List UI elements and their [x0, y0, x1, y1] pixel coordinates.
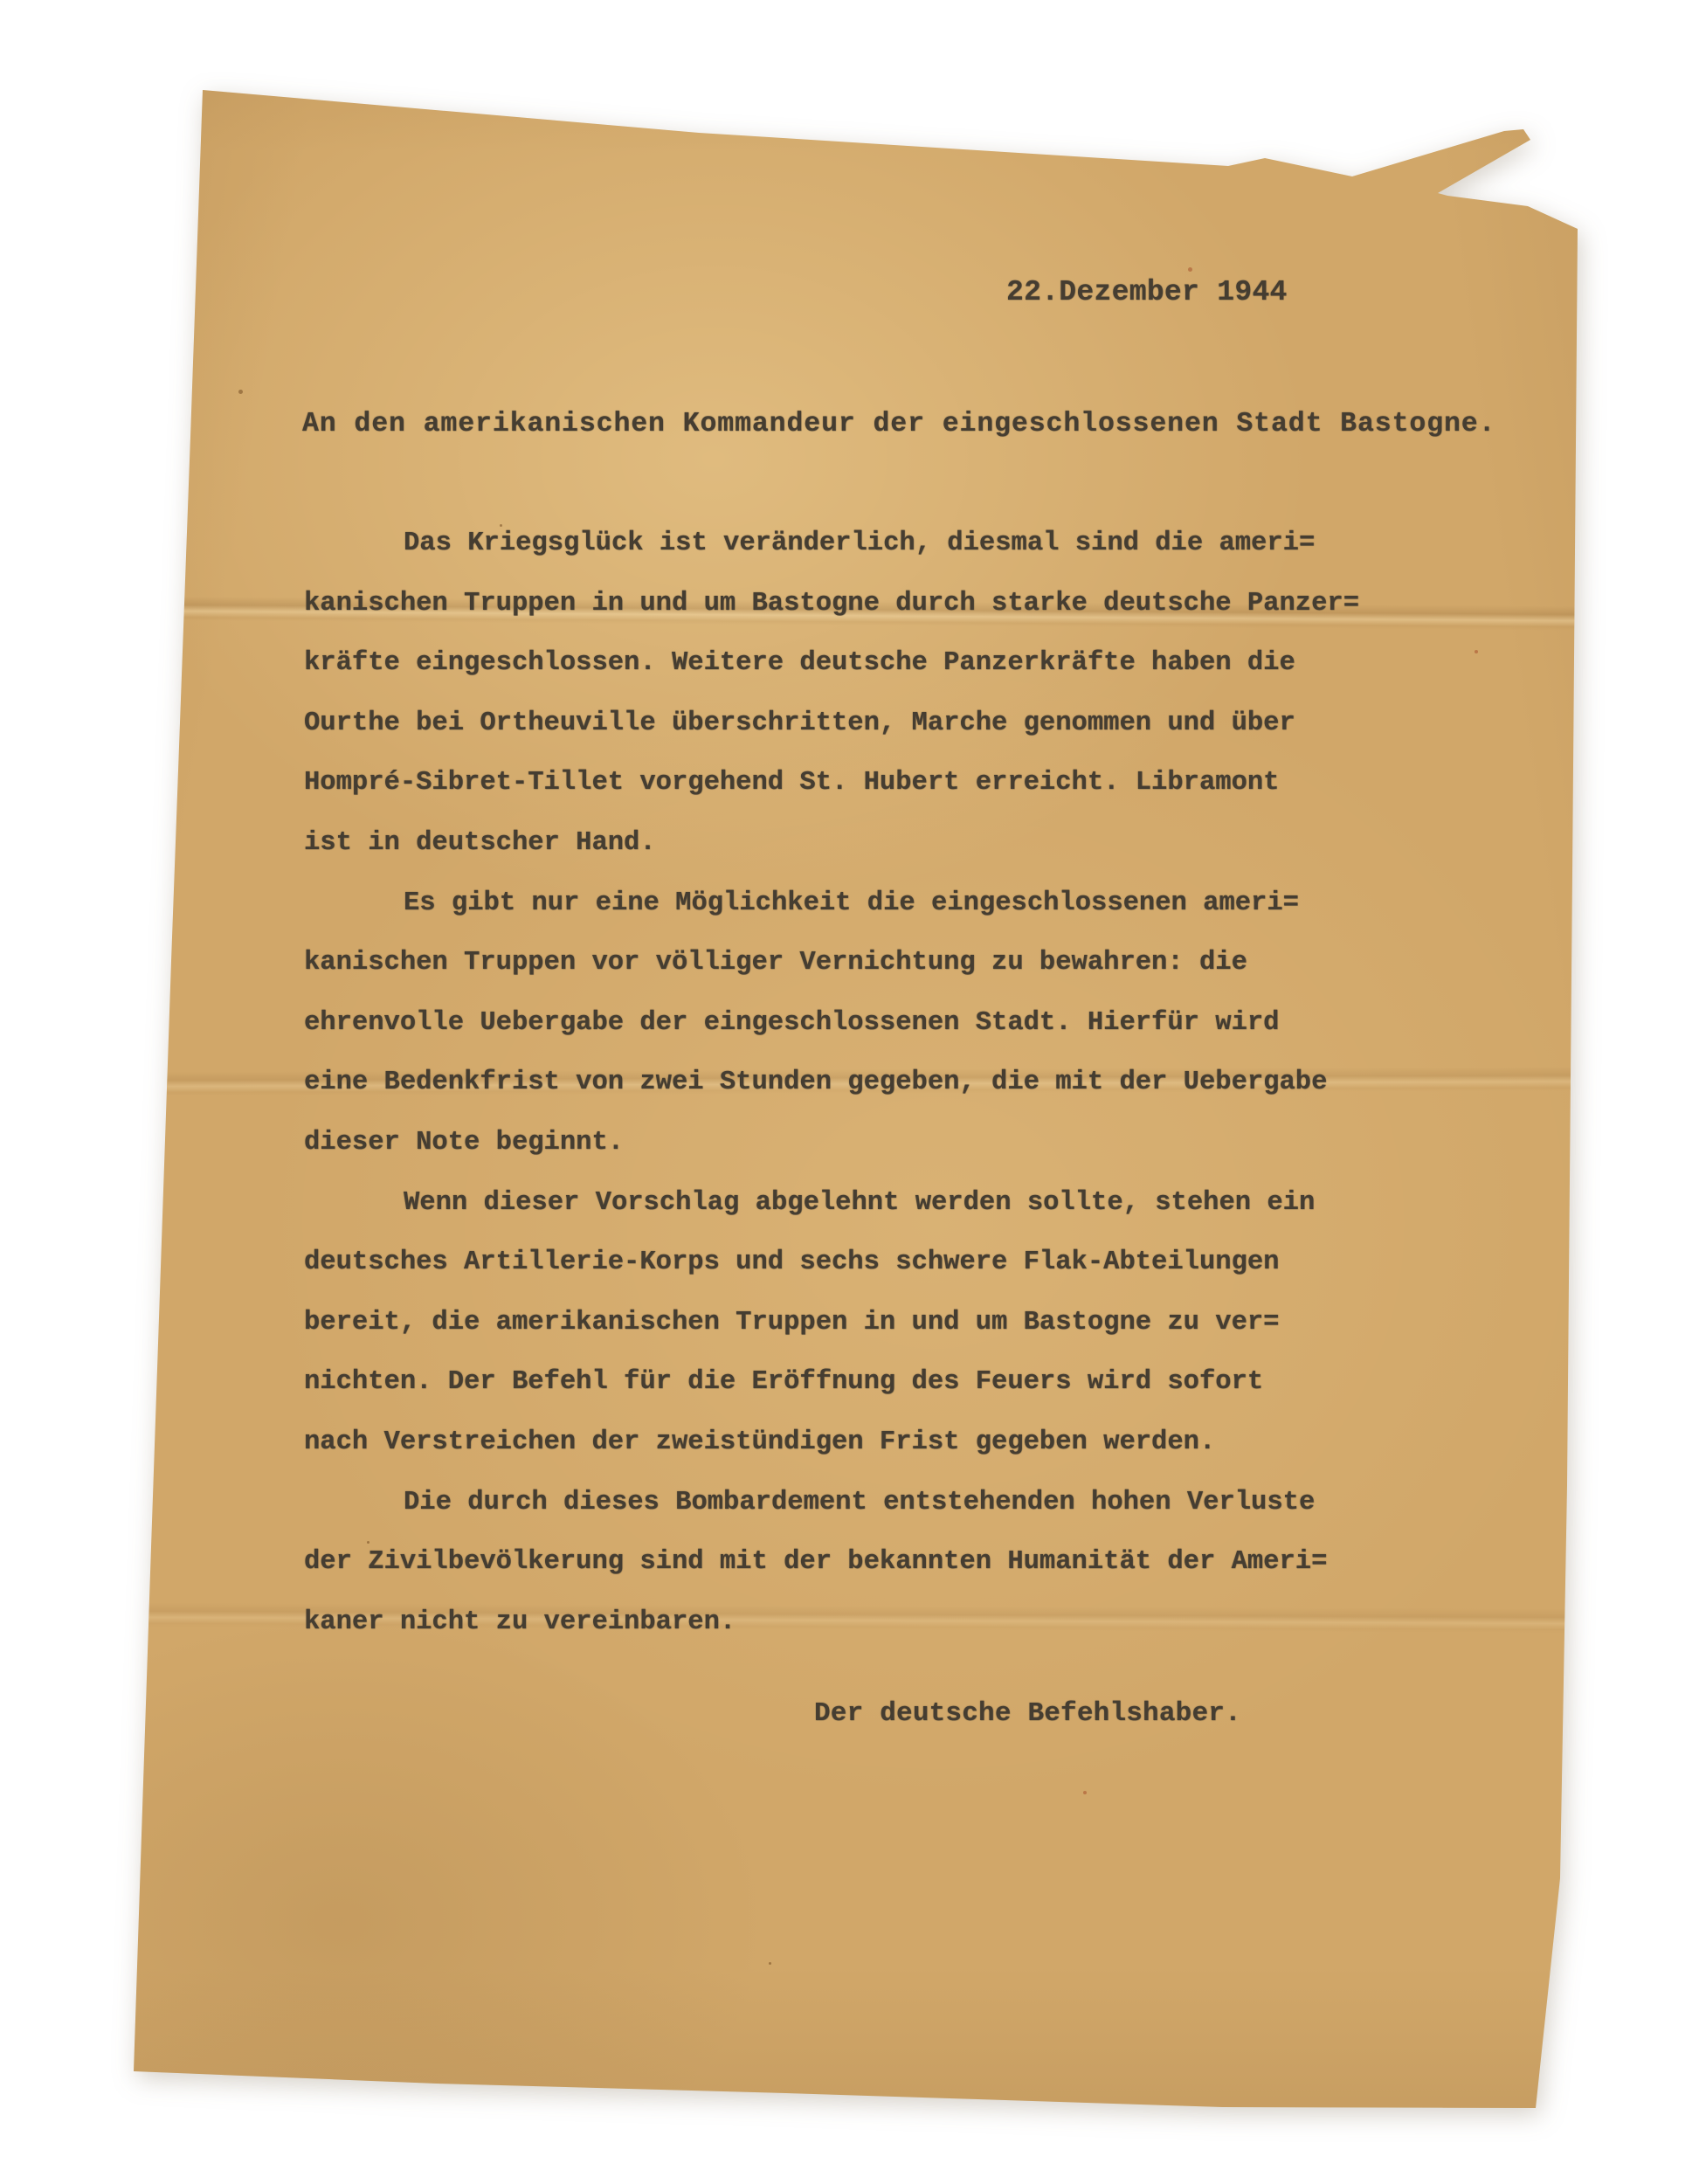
photo-background: 22.Dezember 1944 An den amerikanischen K… [0, 0, 1699, 2184]
letter-line: kanischen Truppen in und um Bastogne dur… [304, 574, 1440, 634]
letter-line: nach Verstreichen der zweistündigen Fris… [304, 1413, 1440, 1473]
letter-line: Ourthe bei Ortheuville überschritten, Ma… [304, 694, 1440, 754]
letter-line: eine Bedenkfrist von zwei Stunden gegebe… [304, 1053, 1440, 1113]
letter-body: Das Kriegsglück ist veränderlich, diesma… [304, 514, 1440, 1652]
letter-line: ehrenvolle Uebergabe der eingeschlossene… [304, 993, 1440, 1054]
letter-line: Die durch dieses Bombardement entstehend… [304, 1473, 1440, 1533]
letter-line: Wenn dieser Vorschlag abgelehnt werden s… [304, 1173, 1440, 1234]
letter-line: kaner nicht zu vereinbaren. [304, 1593, 1440, 1653]
date-line: 22.Dezember 1944 [1006, 276, 1288, 308]
letter-line: kanischen Truppen vor völliger Vernichtu… [304, 933, 1440, 993]
letter-line: ist in deutscher Hand. [304, 813, 1440, 874]
letter-line: Es gibt nur eine Möglichkeit die eingesc… [304, 874, 1440, 934]
letter-line: Das Kriegsglück ist veränderlich, diesma… [304, 514, 1440, 574]
letter-line: nichten. Der Befehl für die Eröffnung de… [304, 1352, 1440, 1413]
letter-line: deutsches Artillerie-Korps und sechs sch… [304, 1233, 1440, 1293]
letter-line: kräfte eingeschlossen. Weitere deutsche … [304, 633, 1440, 694]
letter-line: Hompré-Sibret-Tillet vorgehend St. Huber… [304, 753, 1440, 813]
salutation-line: An den amerikanischen Kommandeur der ein… [302, 409, 1495, 439]
letter-line: bereit, die amerikanischen Truppen in un… [304, 1293, 1440, 1353]
signature-line: Der deutsche Befehlshaber. [814, 1698, 1241, 1729]
letter-line: dieser Note beginnt. [304, 1113, 1440, 1173]
letter-line: der Zivilbevölkerung sind mit der bekann… [304, 1532, 1440, 1593]
letter-content: 22.Dezember 1944 An den amerikanischen K… [0, 0, 1699, 2184]
